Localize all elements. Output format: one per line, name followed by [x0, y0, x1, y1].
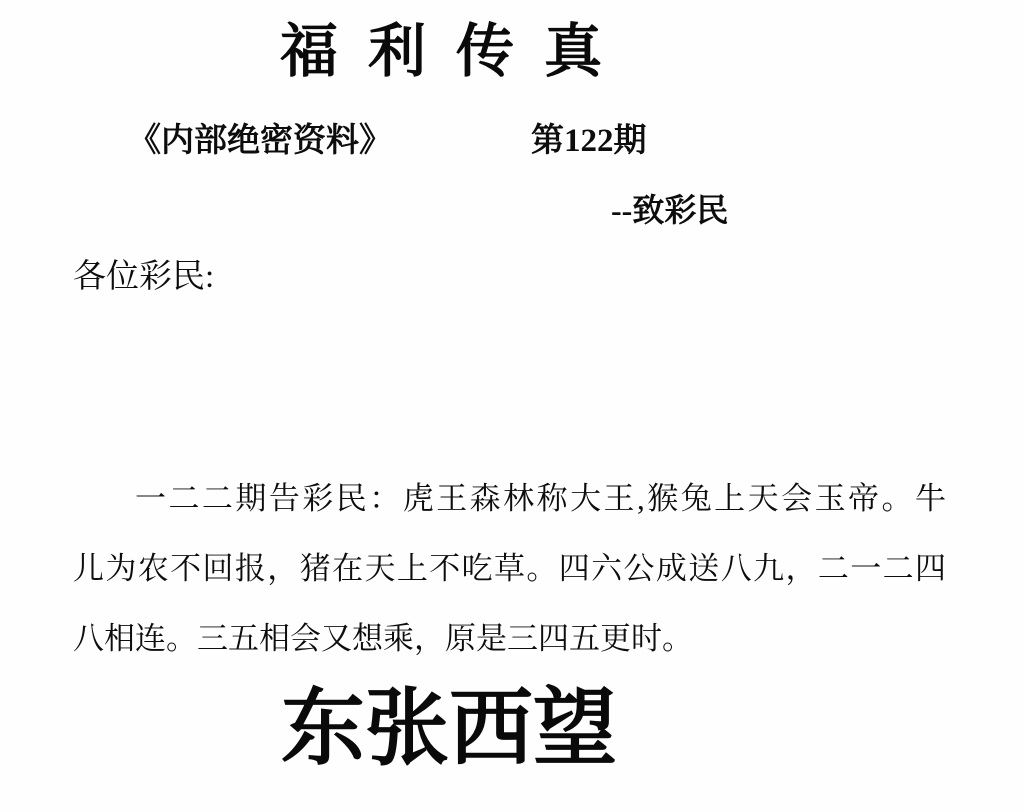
- body-line-1: 一二二期告彩民：虎王森林称大王,猴兔上天会玉帝。牛: [73, 464, 946, 534]
- document-page: 福利传真 《内部绝密资料》 第122期 --致彩民 各位彩民: 一二二期告彩民：…: [0, 0, 1024, 812]
- issue-number: 第122期: [531, 119, 647, 163]
- letter-body: 一二二期告彩民：虎王森林称大王,猴兔上天会玉帝。牛 儿为农不回报，猪在天上不吃草…: [73, 464, 946, 674]
- salutation: 各位彩民:: [73, 255, 214, 299]
- footer-headline: 东张西望: [281, 682, 617, 778]
- classification-label: 《内部绝密资料》: [128, 119, 392, 163]
- body-line-2: 儿为农不回报，猪在天上不吃草。四六公成送八九，二一二四: [73, 534, 946, 604]
- page-title: 福利传真: [280, 18, 632, 86]
- dedication-line: --致彩民: [611, 189, 728, 231]
- body-line-3: 八相连。三五相会又想乘，原是三四五更时。: [73, 604, 946, 674]
